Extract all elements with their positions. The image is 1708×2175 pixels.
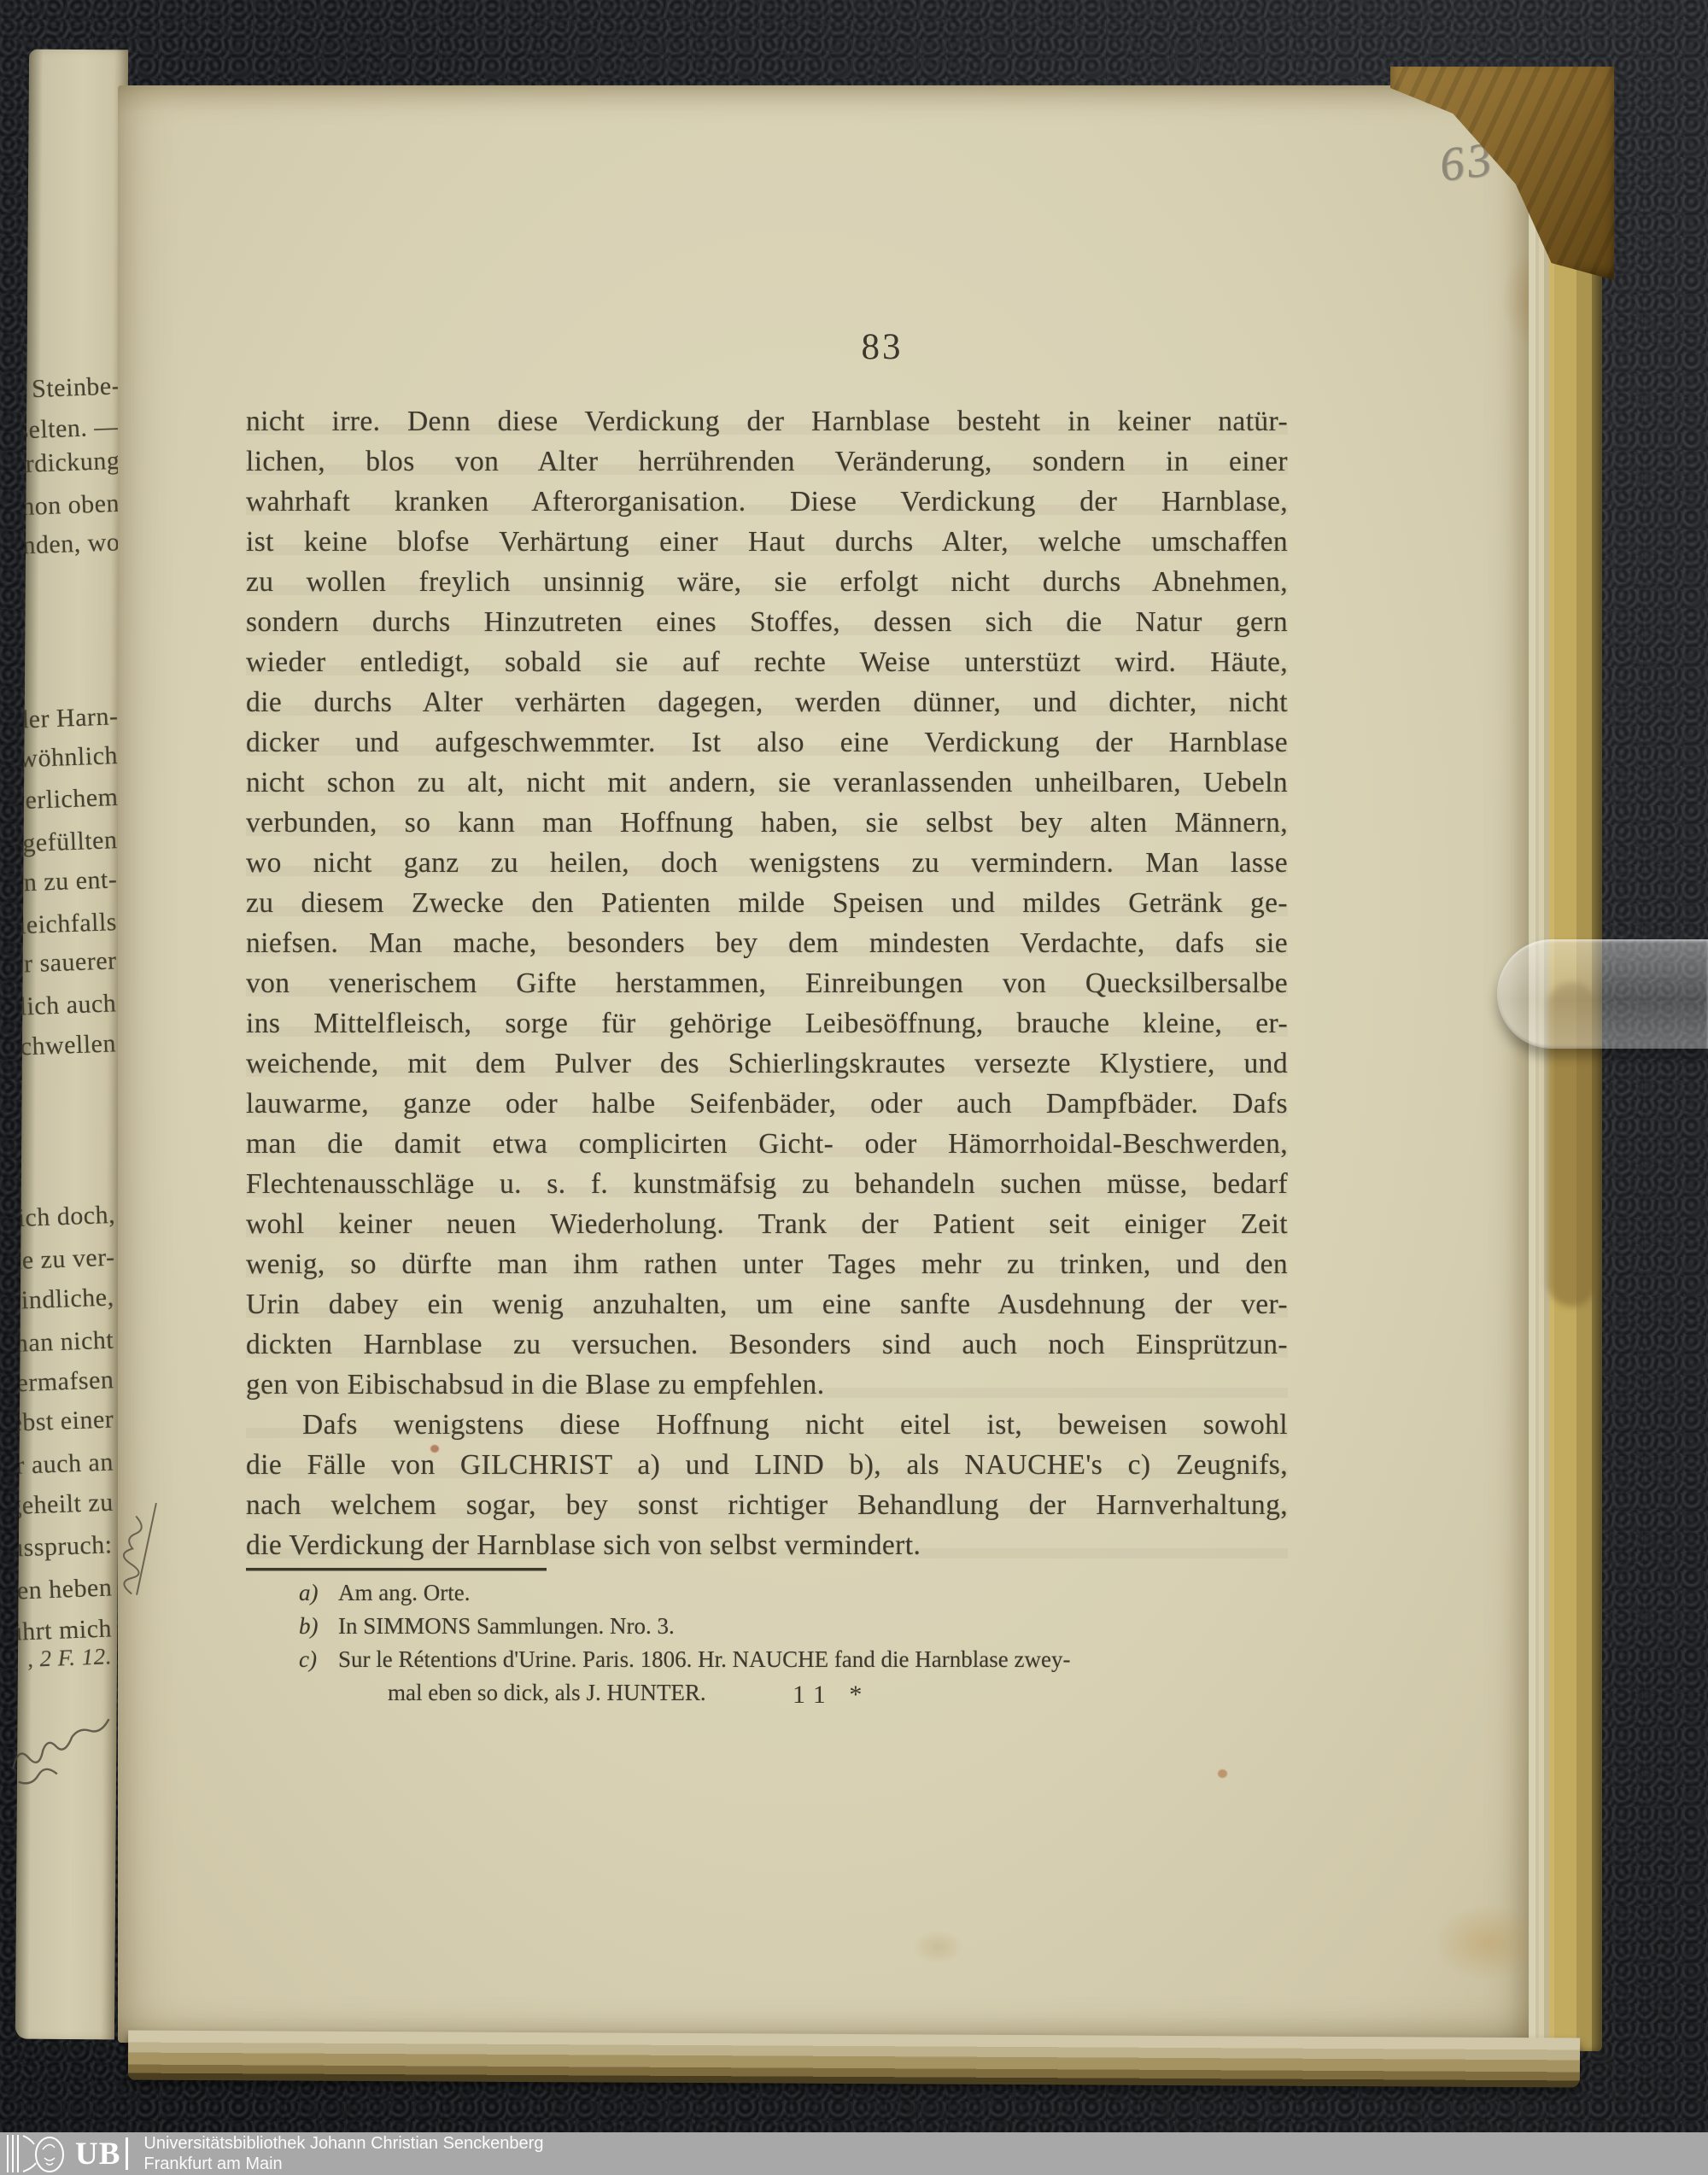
footnote-separator [246,1568,547,1570]
ub-logo-graphic [5,2134,72,2173]
body-line: ins Mittelfleisch, sorge für gehörige Le… [246,1003,1288,1044]
footnote-text: In SIMMONS Sammlungen. Nro. 3. [338,1613,675,1639]
body-line: wohl keiner neuen Wiederholung. Trank de… [246,1204,1288,1244]
body-line: die durchs Alter verhärten dagegen, werd… [246,682,1288,722]
body-line: Flechtenausschläge u. s. f. kunstmäfsig … [246,1164,1288,1204]
body-line: die Fälle von GILCHRIST a) und LIND b), … [246,1445,1288,1485]
margin-fragment: issermafsen [15,1365,114,1399]
body-line: ist keine blofse Verhärtung einer Haut d… [246,522,1288,562]
library-name-line2: Frankfurt am Main [143,2154,543,2174]
body-line: Dafs wenigstens diese Hoffnung nicht eit… [246,1405,1288,1445]
body-line: dickten Harnblase zu versuchen. Besonder… [246,1324,1288,1365]
body-line: lichen, blos von Alter herrührenden Verä… [246,441,1288,482]
body-line: verbunden, so kann man Hoffnung haben, s… [246,803,1288,843]
body-line: nicht schon zu alt, nicht mit andern, si… [246,763,1288,803]
paper-stain [912,1930,963,1964]
body-line: zu diesem Zwecke den Patienten milde Spe… [246,883,1288,923]
margin-fragment: chwerlichem [15,783,119,817]
margin-fragment: der sauerer [15,946,117,979]
margin-fragment: n gleichfalls [15,908,118,942]
margin-fragment: man nicht [15,1326,114,1359]
body-line: wo nicht ganz zu heilen, doch wenigstens… [246,843,1288,883]
margin-fragment: nschwellen [15,1029,117,1062]
margin-fragment: führt mich [15,1615,113,1648]
ub-logo-text: UB [75,2136,120,2172]
book-page: 83 63 nicht irre. Denn diese Verdickung … [118,85,1530,2043]
body-line: wahrhaft kranken Afterorganisation. Dies… [246,482,1288,522]
library-name-line1: Universitätsbibliothek Johann Christian … [143,2133,543,2154]
margin-fragment: geheilt zu [15,1488,114,1521]
margin-fragment: Gewöhnlich [15,741,119,775]
scan-viewport: { "scan": { "page_number": "83", "handwr… [0,0,1708,2175]
page-block-edge-bottom [128,2031,1580,2088]
footnote-text: Am ang. Orte. [338,1580,470,1605]
margin-fragment: im gefüllten [15,826,118,860]
body-line: Urin dabey ein wenig anzuhalten, um eine… [246,1284,1288,1324]
library-footer-bar: UB Universitätsbibliothek Johann Christi… [0,2132,1708,2175]
body-line: wenig, so dürfte man ihm rathen unter Ta… [246,1244,1288,1284]
ub-logo: UB [5,2134,128,2173]
margin-fragment: genden, wo [15,528,120,561]
body-line: niefsen. Man mache, besonders bey dem mi… [246,923,1288,963]
margin-fragment: uten heben [15,1573,113,1606]
margin-fragment: Ausspruch: [15,1530,114,1564]
margin-fragment: ich doch, [17,1201,116,1233]
body-line: wieder entledigt, sobald sie auf rechte … [246,642,1288,682]
body-line: weichende, mit dem Pulver des Schierling… [246,1044,1288,1084]
footnote-line: b)In SIMMONS Sammlungen. Nro. 3. [299,1610,1358,1643]
margin-fragment: de zu ver- [15,1243,115,1277]
footnote-text: Sur le Rétentions d'Urine. Paris. 1806. … [338,1646,1070,1672]
footnote-label: a) [299,1576,338,1610]
margin-fragment: e Verdickung [15,447,120,481]
body-line: gen von Eibischabsud in die Blase zu emp… [246,1365,1288,1405]
footnote-line: a)Am ang. Orte. [299,1576,1358,1610]
body-line: nicht irre. Denn diese Verdickung der Ha… [246,401,1288,441]
body-line: von venerischem Gifte herstammen, Einrei… [246,963,1288,1003]
body-line: die Verdickung der Harnblase sich von se… [246,1525,1288,1565]
margin-fragment: nebst einer [15,1405,114,1438]
margin-fragment: pfindliche, [15,1283,115,1316]
margin-fragment: ht selten. — [15,412,121,447]
margin-fragment: , 2 F. 12. [26,1643,112,1673]
margin-fragment: ilen zu ent- [15,865,118,898]
footnote-label: c) [299,1643,338,1676]
footnote-line: c)Sur le Rétentions d'Urine. Paris. 1806… [299,1643,1358,1676]
signature-mark: 11 * [793,1681,870,1710]
margin-fragment: g der Harn- [15,702,119,735]
margin-fragment-list: ist Steinbe-ht selten. —e Verdickunge sc… [29,50,128,50]
margin-fragment: ist Steinbe- [15,371,121,405]
body-line: man die damit etwa complicirten Gicht- o… [246,1124,1288,1164]
logo-divider [126,2137,128,2170]
body-text: nicht irre. Denn diese Verdickung der Ha… [246,401,1288,1565]
previous-page-edge: ist Steinbe-ht selten. —e Verdickunge sc… [15,50,128,2040]
paper-stain [1433,1904,1544,1981]
ink-spot [1218,1769,1227,1778]
body-line: sondern durchs Hinzutreten eines Stoffes… [246,602,1288,642]
body-line: dicker und aufgeschwemmter. Ist also ein… [246,722,1288,763]
body-line: nach welchem sogar, bey sonst richtiger … [246,1485,1288,1525]
footnote-text: mal eben so dick, als J. HUNTER. [388,1680,706,1705]
margin-fragment: inlich auch [15,989,117,1022]
margin-fragment: e schon oben [15,489,120,523]
margin-fragment: er auch an [15,1448,114,1482]
page-number: 83 [818,326,946,368]
library-name: Universitätsbibliothek Johann Christian … [143,2133,543,2174]
footnote-label: b) [299,1610,338,1643]
transparent-page-holder-strip [1497,939,1708,1049]
body-line: zu wollen freylich unsinnig wäre, sie er… [246,562,1288,602]
body-line: lauwarme, ganze oder halbe Seifenbäder, … [246,1084,1288,1124]
